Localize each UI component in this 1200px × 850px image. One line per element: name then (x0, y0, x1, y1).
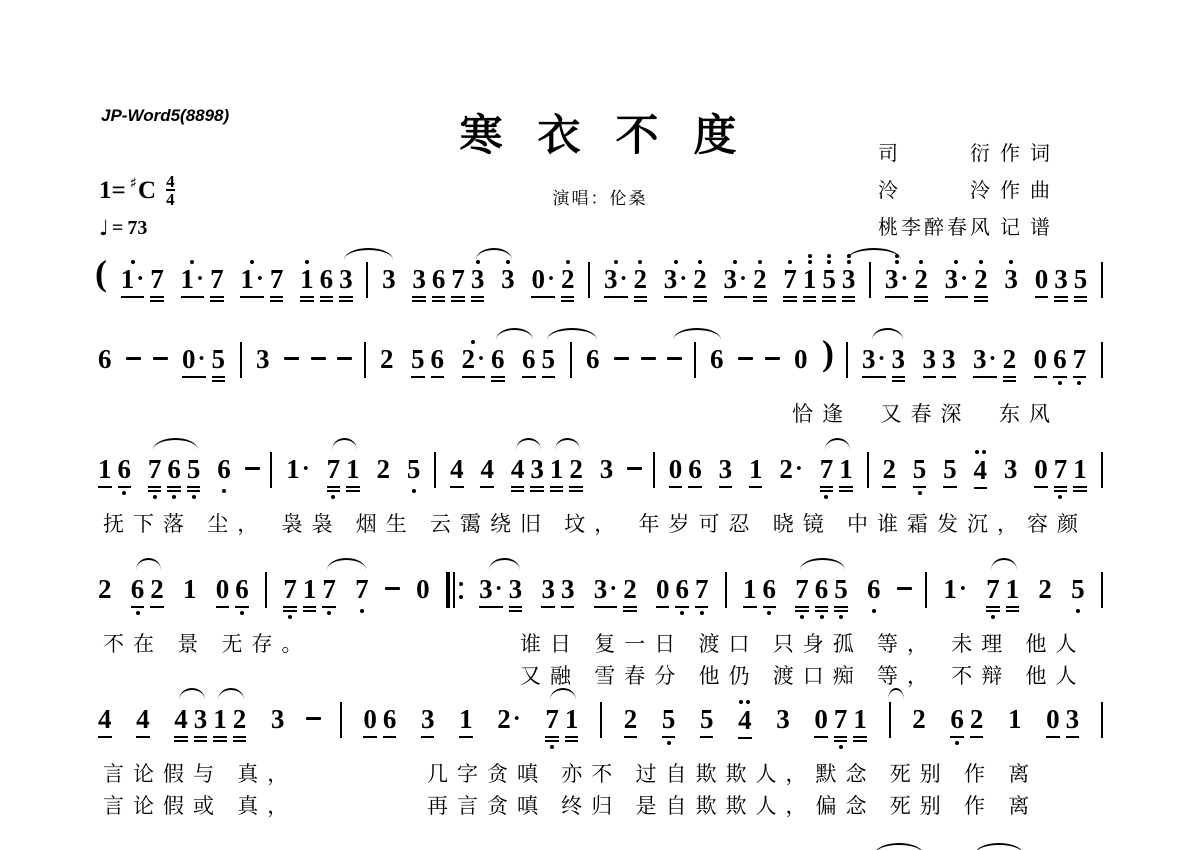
beam-underline (421, 736, 435, 738)
note-digit: 0 (794, 344, 808, 374)
note-digit: 5 (913, 454, 927, 484)
beam-underline (531, 296, 555, 298)
note-token: 6 (429, 250, 449, 305)
note-digit: 4 (98, 704, 112, 734)
beam-underline (363, 736, 377, 738)
slur-arc-fragment (875, 843, 923, 850)
note-digit: 2 (693, 264, 707, 294)
note-digit: 3 (1004, 264, 1018, 294)
beam-underline (822, 300, 836, 302)
note-token: 6 (864, 560, 884, 613)
beam-underline (561, 606, 575, 608)
note-token: 4 (447, 440, 467, 491)
lyric-segment: 再言贪嗔 终归 是自欺欺人，偏念 死别 作 离 (427, 790, 1038, 820)
beamed-group: 3·2 (942, 250, 991, 305)
note-digit: 1 (183, 574, 197, 604)
beam-underline (842, 300, 856, 302)
beamed-group: 16 (740, 560, 779, 615)
beam-underline (1006, 610, 1020, 612)
note-digit: 3· (973, 344, 997, 374)
note-digit: 6 (522, 344, 536, 374)
beam-underline (541, 606, 555, 608)
beamed-group: 56 (408, 330, 447, 381)
beam-underline (693, 300, 707, 302)
beam-underline (480, 486, 494, 488)
note-digit: 5 (1071, 574, 1085, 604)
note-digit: 0 (1034, 344, 1048, 374)
note-digit: 3 (1004, 454, 1018, 484)
note-digit: 7 (795, 574, 809, 604)
beam-underline (98, 736, 112, 738)
note-token: 5 (1071, 250, 1091, 305)
note-digit: 2 (634, 264, 648, 294)
note-digit: 6 (320, 264, 334, 294)
note-token: 1 (95, 440, 115, 491)
duration-dash (337, 357, 352, 360)
beam-underline (795, 606, 809, 608)
note-token: 0· (179, 330, 209, 381)
beamed-group: 3·2 (661, 250, 710, 305)
beam-underline (815, 606, 829, 608)
note-digit: 7 (834, 704, 848, 734)
beam-underline (753, 296, 767, 298)
note-digit: 6 (950, 704, 964, 734)
note-digit: 6 (688, 454, 702, 484)
note-digit: 7 (150, 264, 164, 294)
note-token: 2 (377, 330, 397, 379)
note-token: 2 (621, 690, 641, 741)
meter-numerator: 4 (166, 174, 175, 189)
beam-underline (383, 736, 397, 738)
note-token: 2 (971, 250, 991, 305)
octave-dot (240, 611, 244, 615)
augmentation-dot: · (256, 264, 264, 294)
note-digit: 3 (719, 454, 733, 484)
note-digit: 2· (462, 344, 486, 374)
octave-dot (1076, 609, 1080, 613)
beam-underline (634, 296, 648, 298)
duration-dash (738, 357, 753, 360)
beamed-group: 16 (95, 440, 134, 495)
sheet-music-page: JP-Word5(8898) 寒 衣 不 度 演唱：伦桑 司衍 作词 泠泠 作曲… (0, 0, 1200, 850)
note-digit: 1 (743, 574, 757, 604)
note-digit: 5 (700, 704, 714, 734)
lyric-segment: 抚下落 尘， 袅袅 烟生 云霭绕旧 坟， 年岁可忍 晓镜 中谁霜发沉，容颜 (103, 508, 1087, 538)
duration-dash (126, 357, 141, 360)
note-token: 7 (147, 250, 167, 305)
note-digit: 0 (1046, 704, 1060, 734)
barline (889, 702, 891, 738)
note-digit: 2 (150, 574, 164, 604)
note-token: 1 (740, 560, 760, 611)
note-digit: 3 (530, 454, 544, 484)
note-digit: 1 (550, 454, 564, 484)
beam-underline (320, 300, 334, 302)
beam-underline (803, 300, 817, 302)
note-token: 3 (1051, 250, 1071, 305)
octave-dot (1077, 381, 1081, 385)
beam-underline (432, 296, 446, 298)
barline (846, 342, 848, 378)
beam-underline (738, 737, 752, 739)
note-digit: 7 (148, 454, 162, 484)
beamed-group: 33 (538, 560, 577, 611)
note-digit: 6 (98, 344, 112, 374)
barline (1101, 572, 1103, 608)
barline (265, 572, 267, 608)
note-digit: 3 (271, 704, 285, 734)
beam-underline (783, 300, 797, 302)
note-token: 1 (180, 560, 200, 609)
note-digit: 6 (815, 574, 829, 604)
note-token: 3 (716, 440, 736, 491)
composer-name: 泠泠 (878, 174, 990, 203)
beam-underline (942, 376, 956, 378)
note-digit: 1· (286, 454, 310, 484)
augmentation-dot: · (989, 344, 997, 374)
note-digit: 1 (839, 454, 853, 484)
note-digit: 1 (853, 704, 867, 734)
beam-underline (121, 296, 145, 298)
lyricist-role: 作词 (1000, 137, 1060, 166)
note-digit: 1 (459, 704, 473, 734)
note-digit: 4 (174, 704, 188, 734)
beam-underline (853, 740, 867, 742)
credits-block: 司衍 作词 泠泠 作曲 桃李醉春风 记谱 (878, 133, 1098, 244)
lyrics-row: 抚下落 尘， 袅袅 烟生 云霭绕旧 坟， 年岁可忍 晓镜 中谁霜发沉，容颜 (95, 508, 1195, 540)
note-token: 0 (653, 560, 673, 611)
octave-dot (800, 615, 804, 619)
beam-underline (167, 486, 181, 488)
note-token: 1· (118, 250, 148, 301)
duration-dash (311, 357, 326, 360)
duration-dash (385, 587, 400, 590)
duration-dash (153, 357, 168, 360)
note-digit: 7 (1054, 454, 1068, 484)
beamed-group: 1·7 (178, 250, 227, 305)
octave-dot (824, 495, 828, 499)
note-token: 7 (831, 690, 851, 749)
slur-arc-fragment (975, 843, 1023, 850)
note-token: 5 (819, 250, 839, 305)
note-token: 6 (232, 560, 252, 615)
note-token: 2 (95, 560, 115, 609)
music-line-4: 262106717703·3333·20671676561·7125不在 景 无… (95, 560, 1103, 692)
octave-dot (827, 254, 831, 258)
duration-dash (306, 717, 321, 720)
beam-underline (604, 296, 628, 298)
beam-underline (479, 606, 503, 608)
augmentation-dot: · (477, 344, 485, 374)
lyric-segment: 又融 雪春分 他仍 渡口痴 等， 不辩 他人 (520, 660, 1086, 690)
note-digit: 7 (451, 264, 465, 294)
augmentation-dot: · (679, 264, 687, 294)
beam-underline (509, 606, 523, 608)
octave-dot (820, 615, 824, 619)
augmentation-dot: · (136, 264, 144, 294)
note-digit: 4 (480, 454, 494, 484)
note-digit: 7 (545, 704, 559, 734)
note-digit: 3· (885, 264, 909, 294)
note-digit: 6 (431, 344, 445, 374)
beamed-group: 1·7 (237, 250, 286, 305)
note-token: 2 (750, 250, 770, 305)
note-digit: 7 (986, 574, 1000, 604)
note-digit: 3 (339, 264, 353, 294)
note-digit: 5 (943, 454, 957, 484)
note-token: 5 (940, 440, 960, 491)
note-digit: 1 (565, 704, 579, 734)
beamed-group: 035 (1032, 250, 1091, 305)
lyrics-row: 不在 景 无存。谁日 复一日 渡口 只身孤 等， 未理 他人 (95, 628, 1195, 660)
note-token: 2 (620, 560, 640, 615)
barline (364, 342, 366, 378)
barline (653, 452, 655, 488)
note-token: 6 (95, 330, 115, 379)
note-digit: 2 (623, 574, 637, 604)
beam-underline (412, 300, 426, 302)
duration-dash (245, 467, 260, 470)
note-digit: 7 (283, 574, 297, 604)
note-digit: 0· (531, 264, 555, 294)
note-digit: 1 (1006, 574, 1020, 604)
beam-underline (148, 486, 162, 488)
beam-underline (150, 300, 164, 302)
beam-underline (914, 300, 928, 302)
duration-dash (667, 357, 682, 360)
note-digit: 0 (814, 704, 828, 734)
lyrics-row: 又融 雪春分 他仍 渡口痴 等， 不辩 他人 (95, 660, 1195, 692)
note-token: 3 (597, 440, 617, 489)
barline (366, 262, 368, 298)
notation-row: 60·532562·665660)3·3333·2067 (95, 330, 1103, 398)
beam-underline (491, 380, 505, 382)
octave-dot (122, 491, 126, 495)
lyric-segment: 不在 景 无存。 (103, 628, 312, 658)
beam-underline (339, 296, 353, 298)
note-digit: 6 (118, 454, 132, 484)
notation-row: 444312306312·7125543071262103 (95, 690, 1103, 758)
beam-underline (743, 606, 757, 608)
note-token: 6 (760, 560, 780, 615)
note-token: 4 (133, 690, 153, 741)
note-digit: 1· (181, 264, 205, 294)
open-paren: ( (95, 254, 107, 292)
note-digit: 5 (1074, 264, 1088, 294)
beamed-group: 067 (1031, 330, 1090, 385)
note-token: 7 (1051, 440, 1071, 499)
beam-underline (550, 486, 564, 488)
note-token: 5 (408, 330, 428, 381)
beamed-group: 3·2 (970, 330, 1019, 385)
note-digit: 5 (662, 704, 676, 734)
augmentation-dot: · (302, 454, 310, 484)
beam-underline (634, 300, 648, 302)
note-digit: 6 (383, 704, 397, 734)
note-digit: 1· (240, 264, 264, 294)
beam-underline (820, 486, 834, 488)
octave-dot (839, 615, 843, 619)
note-token: 0 (360, 690, 380, 741)
beam-underline (150, 296, 164, 298)
note-digit: 3· (862, 344, 886, 374)
note-token: 5 (910, 440, 930, 495)
beam-underline (1034, 486, 1048, 488)
note-token: 6 (685, 440, 705, 491)
beam-underline (569, 486, 583, 488)
note-token: 6 (317, 250, 337, 305)
note-digit: 3 (501, 264, 515, 294)
beam-underline (300, 300, 314, 302)
beam-underline (210, 300, 224, 302)
lyrics-row: 恰逢 又春深 东风 (95, 398, 1195, 430)
beamed-group: 62 (947, 690, 986, 745)
beam-underline (1054, 300, 1068, 302)
note-digit: 0 (656, 574, 670, 604)
note-digit: 5 (407, 454, 421, 484)
note-token: 3 (409, 250, 429, 305)
barline (694, 342, 696, 378)
note-digit: 6 (763, 574, 777, 604)
note-token: 1 (1070, 440, 1090, 495)
beam-underline (565, 740, 579, 742)
note-token: 7 (692, 560, 712, 615)
note-token: 3· (721, 250, 751, 301)
lyric-segment: 言论假或 真， (103, 790, 297, 820)
sharp-icon: ♯ (130, 174, 137, 192)
beam-underline (974, 300, 988, 302)
note-digit: 0 (416, 574, 430, 604)
beam-underline (530, 486, 544, 488)
note-digit: 6 (1053, 344, 1067, 374)
barline (340, 702, 342, 738)
beam-underline (974, 296, 988, 298)
augmentation-dot: · (609, 574, 617, 604)
note-token: 7 (267, 250, 287, 305)
beam-underline (892, 380, 906, 382)
note-digit: 3· (724, 264, 748, 294)
note-digit: 2 (1003, 344, 1017, 374)
beamed-group: 3·2 (601, 250, 650, 305)
note-token: 5 (1068, 560, 1088, 613)
note-digit: 3 (382, 264, 396, 294)
barline (1101, 702, 1103, 738)
note-token: 3 (268, 690, 288, 739)
note-token: 3· (601, 250, 631, 301)
beam-underline (882, 486, 896, 488)
note-token: 3· (970, 330, 1000, 381)
note-digit: 3· (479, 574, 503, 604)
note-token: 3 (939, 330, 959, 381)
note-digit: 7 (322, 574, 336, 604)
beam-underline (783, 296, 797, 298)
note-token: 2· (494, 690, 524, 739)
note-digit: 6 (586, 344, 600, 374)
beam-underline (803, 296, 817, 298)
beam-underline (753, 300, 767, 302)
beam-underline (1074, 296, 1088, 298)
key-prefix: 1= (99, 177, 126, 205)
beam-underline (623, 610, 637, 612)
note-digit: 1· (121, 264, 145, 294)
augmentation-dot: · (739, 264, 747, 294)
note-token: 4 (95, 690, 115, 741)
note-digit: 2 (914, 264, 928, 294)
note-token: 2 (558, 250, 578, 305)
note-digit: 3 (1054, 264, 1068, 294)
octave-dot (288, 615, 292, 619)
note-digit: 3 (194, 704, 208, 734)
beam-underline (412, 296, 426, 298)
beam-underline (451, 296, 465, 298)
octave-dot (136, 611, 140, 615)
beam-underline (834, 736, 848, 738)
beam-underline (724, 296, 748, 298)
beam-underline (522, 376, 536, 378)
beam-underline (923, 376, 937, 378)
octave-dot (153, 495, 157, 499)
beam-underline (411, 376, 425, 378)
beam-underline (545, 736, 559, 738)
note-digit: 2 (233, 704, 247, 734)
note-digit: 6 (235, 574, 249, 604)
note-digit: 6 (217, 454, 231, 484)
beamed-group: 1·7 (118, 250, 167, 305)
note-token: 2 (967, 690, 987, 741)
beam-underline (431, 376, 445, 378)
note-digit: 3 (561, 574, 575, 604)
note-digit: 3 (421, 704, 435, 734)
note-digit: 1 (749, 454, 763, 484)
beam-underline (213, 736, 227, 738)
beamed-group: 071 (811, 690, 870, 749)
note-token: 2 (879, 440, 899, 491)
note-digit: 3· (945, 264, 969, 294)
beam-underline (233, 740, 247, 742)
beam-underline (270, 296, 284, 298)
beam-underline (569, 490, 583, 492)
beam-underline (509, 610, 523, 612)
beam-underline (1034, 376, 1048, 378)
beam-underline (1035, 296, 1049, 298)
beam-underline (459, 736, 473, 738)
lyrics-row: 言论假或 真，再言贪嗔 终归 是自欺欺人，偏念 死别 作 离 (95, 790, 1195, 822)
octave-dot (459, 595, 463, 599)
note-digit: 4 (511, 454, 525, 484)
music-line-5: 444312306312·7125543071262103言论假与 真，几字贪嗔… (95, 690, 1103, 822)
note-digit: 3· (594, 574, 618, 604)
note-token: 1 (456, 690, 476, 741)
note-digit: 1 (213, 704, 227, 734)
beam-underline (839, 486, 853, 488)
beam-underline (320, 296, 334, 298)
note-token: 1 (297, 250, 317, 305)
credit-transcriber: 桃李醉春风 记谱 (878, 207, 1098, 244)
note-digit: 2 (624, 704, 638, 734)
slur-arc (888, 688, 904, 700)
beam-underline (491, 376, 505, 378)
beam-underline (914, 296, 928, 298)
credit-composer: 泠泠 作曲 (878, 170, 1098, 207)
beam-underline (1006, 606, 1020, 608)
beam-underline (511, 486, 525, 488)
note-digit: 2 (912, 704, 926, 734)
beam-underline (450, 486, 464, 488)
note-token: 6 (1050, 330, 1070, 385)
notation-row: 1676561·7125444312306312·7125543071 (95, 440, 1103, 508)
time-signature: 4 4 (166, 174, 175, 207)
octave-dot (667, 741, 671, 745)
